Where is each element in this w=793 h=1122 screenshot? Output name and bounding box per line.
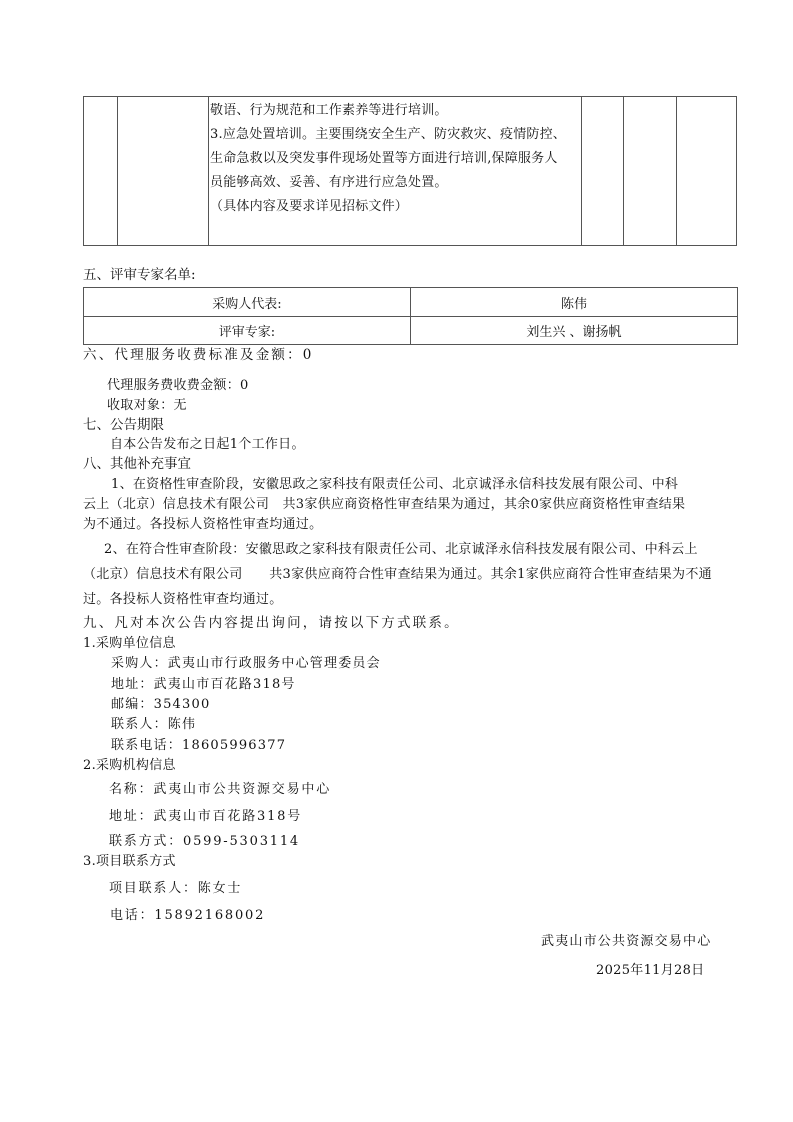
agency-contact: 联系方式：0599-5303114	[109, 835, 300, 848]
qualification-review-line: 云上（北京）信息技术有限公司 共3家供应商资格性审查结果为通过，其余0家供应商资…	[83, 498, 685, 511]
purchaser-address: 地址：武夷山市百花路318号	[111, 678, 296, 691]
compliance-review-line: （北京）信息技术有限公司 共3家供应商符合性审查结果为通过。其余1家供应商符合性…	[83, 568, 712, 581]
experts-label: 评审专家:	[84, 316, 411, 344]
qualification-review-line: 1、在资格性审查阶段，安徽思政之家科技有限责任公司、北京诚泽永信科技发展有限公司…	[111, 478, 678, 491]
announcement-period: 自本公告发布之日起1个工作日。	[110, 438, 305, 451]
section-5-heading: 五、评审专家名单:	[83, 269, 196, 283]
section-7-heading: 七、公告期限	[83, 419, 164, 433]
purchaser-rep-label: 采购人代表:	[84, 288, 411, 316]
compliance-review-line: 2、在符合性审查阶段：安徽思政之家科技有限责任公司、北京诚泽永信科技发展有限公司…	[104, 543, 698, 556]
table-column-divider	[117, 97, 118, 245]
qualification-review-line: 为不通过。各投标人资格性审查均通过。	[83, 518, 322, 531]
requirements-cell: 敬语、行为规范和工作素养等进行培训。 3.应急处置培训。主要围绕安全生产、防灾救…	[210, 99, 582, 219]
requirements-line: 敬语、行为规范和工作素养等进行培训。	[210, 99, 582, 123]
charge-target: 收取对象：无	[107, 399, 187, 412]
table-row: 采购人代表: 陈伟	[84, 288, 737, 317]
signature-date: 2025年11月28日	[596, 964, 704, 977]
agency-info-title: 2.采购机构信息	[83, 759, 176, 772]
purchaser-phone: 联系电话：18605996377	[111, 739, 286, 752]
purchaser-info-title: 1.采购单位信息	[83, 637, 176, 650]
signature-org: 武夷山市公共资源交易中心	[541, 935, 711, 948]
purchaser-contact: 联系人：陈伟	[111, 718, 196, 731]
compliance-review-line: 过。各投标人资格性审查均通过。	[83, 593, 283, 606]
section-6-heading: 六、代理服务收费标准及金额：0	[83, 349, 314, 363]
section-9-heading: 九、凡对本次公告内容提出询问，请按以下方式联系。	[83, 617, 460, 631]
table-column-divider	[676, 97, 677, 245]
project-contact-person: 项目联系人：陈女士	[109, 882, 242, 895]
requirements-table-continuation: 敬语、行为规范和工作素养等进行培训。 3.应急处置培训。主要围绕安全生产、防灾救…	[83, 96, 737, 246]
project-phone: 电话：15892168002	[110, 909, 265, 922]
section-8-heading: 八、其他补充事宜	[83, 458, 191, 472]
table-column-divider	[208, 97, 209, 245]
requirements-line: （具体内容及要求详见招标文件）	[210, 195, 582, 219]
table-row: 评审专家: 刘生兴 、谢扬帆	[84, 316, 737, 344]
requirements-line: 3.应急处置培训。主要围绕安全生产、防灾救灾、疫情防控、	[210, 123, 582, 147]
agency-name: 名称：武夷山市公共资源交易中心	[109, 783, 331, 796]
experts-value: 刘生兴 、谢扬帆	[411, 316, 737, 344]
purchaser-rep-value: 陈伟	[411, 288, 737, 316]
expert-table: 采购人代表: 陈伟 评审专家: 刘生兴 、谢扬帆	[83, 287, 738, 345]
purchaser-postcode: 邮编：354300	[111, 698, 210, 711]
requirements-line: 生命急救以及突发事件现场处置等方面进行培训,保障服务人	[210, 147, 582, 171]
project-contact-title: 3.项目联系方式	[83, 855, 176, 868]
agency-address: 地址：武夷山市百花路318号	[109, 810, 302, 823]
purchaser-name: 采购人：武夷山市行政服务中心管理委员会	[111, 657, 381, 670]
agency-fee-amount: 代理服务费收费金额：0	[107, 379, 249, 392]
table-column-divider	[623, 97, 624, 245]
requirements-line: 员能够高效、妥善、有序进行应急处置。	[210, 171, 582, 195]
